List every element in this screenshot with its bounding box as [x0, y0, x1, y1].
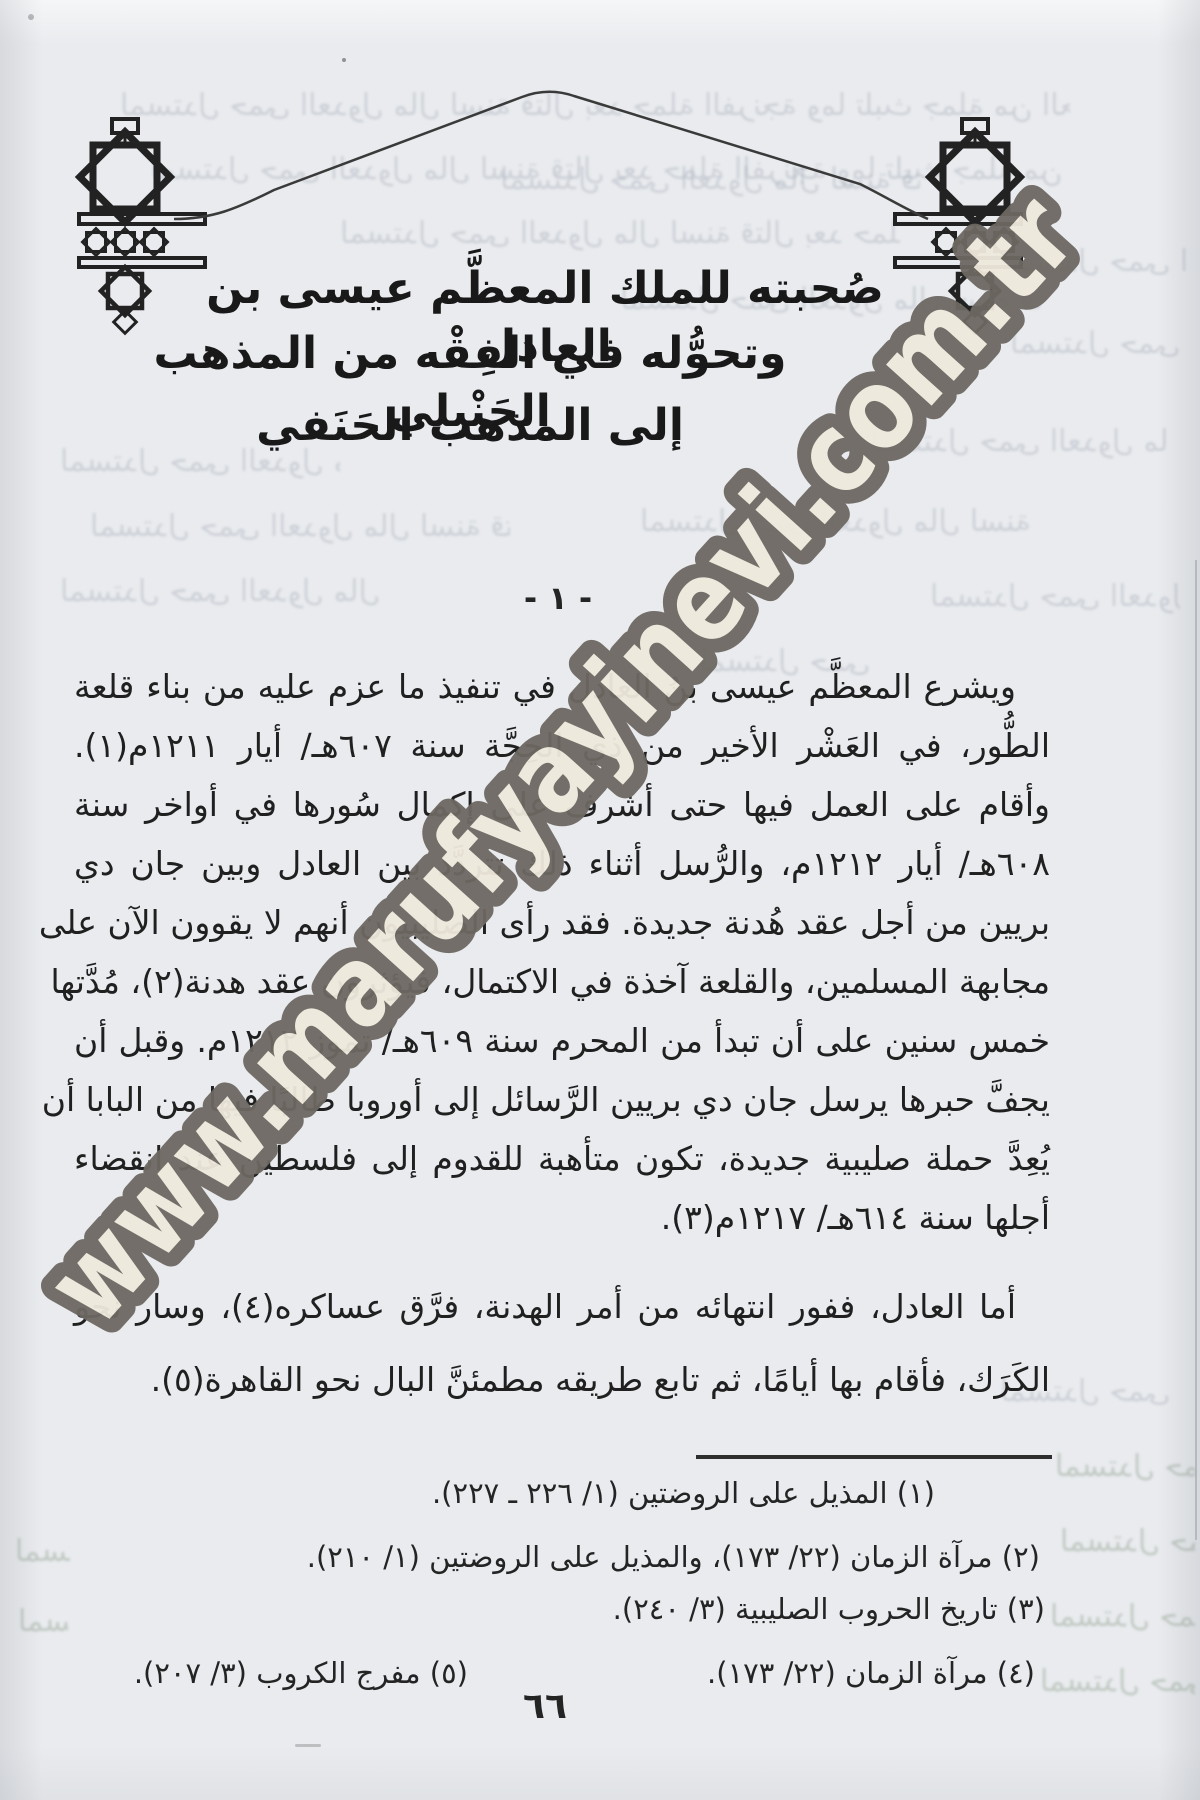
footnote-line: (٤) مرآة الزمان (٢٢/ ١٧٣).: [707, 1650, 1035, 1696]
section-number-marker: - ١ -: [458, 578, 658, 618]
body-line: ويشرع المعظَّم عيسى بنُ العادل في تنفيذ …: [74, 659, 1050, 715]
bleedthrough-text: لمستدل حمى العدول مال لسنة قتال بعد حملة…: [620, 278, 1040, 322]
bleedthrough-text: لمستدل حمى العدول مال لسنة قتال بعد حملة…: [120, 84, 1070, 128]
bleedthrough-text: لمستدل حمى العدول مال لسنة قتال بعد حملة…: [1000, 1370, 1180, 1414]
bleedthrough-text: لمستدل حمى العدول مال لسنة قتال بعد حملة…: [930, 575, 1180, 619]
scan-speck: [342, 58, 346, 62]
scan-speck: [28, 14, 34, 20]
bleedthrough-text: لمستدل حمى العدول مال لسنة قتال بعد حملة…: [1000, 240, 1190, 284]
footnote-line: (٢) مرآة الزمان (٢٢/ ١٧٣)، والمذيل على ا…: [307, 1534, 1040, 1580]
body-line: يجفَّ حبرها يرسل جان دي بريين الرَّسائل …: [74, 1072, 1050, 1128]
scanned-page: لمستدل حمى العدول مال لسنة قتال بعد حملة…: [0, 0, 1200, 1800]
content-layer: صُحبته للملك المعظَّم عيسى بن العادل وتح…: [0, 0, 1200, 1800]
footnote-line: (١) المذيل على الروضتين (١/ ٢٢٦ ـ ٢٢٧).: [432, 1470, 935, 1516]
bleedthrough-text: لمستدل حمى العدول مال لسنة قتال بعد حملة…: [340, 212, 900, 256]
bleedthrough-layer: لمستدل حمى العدول مال لسنة قتال بعد حملة…: [0, 0, 1200, 1800]
bleedthrough-text: لمستدل حمى العدول مال لسنة قتال بعد حملة…: [1055, 1445, 1195, 1489]
bleedthrough-text: لمستدل حمى العدول مال لسنة قتال بعد حملة…: [700, 640, 880, 684]
chapter-title-line-1: صُحبته للملك المعظَّم عيسى بن العادل: [145, 260, 945, 318]
footnote-line: (٥) مفرج الكروب (٣/ ٢٠٧).: [134, 1650, 468, 1696]
watermark: www.marufyayinevi.com.tr: [0, 0, 1200, 1800]
bleedthrough-text: لمستدل حمى العدول مال لسنة قتال بعد حملة…: [15, 1530, 70, 1574]
bleedthrough-text: لمستدل حمى العدول مال لسنة قتال بعد حملة…: [870, 420, 1170, 464]
page-number: ٦٦: [500, 1686, 590, 1727]
bleedthrough-text: لمستدل حمى العدول مال لسنة قتال بعد حملة…: [500, 158, 920, 202]
body-line: خمس سنين على أن تبدأ من المحرم سنة ٦٠٩هـ…: [74, 1013, 1050, 1069]
right-star-ornament: [895, 119, 1021, 333]
bleedthrough-text: لمستدل حمى العدول مال لسنة قتال بعد حملة…: [1060, 1520, 1195, 1564]
bleedthrough-text: لمستدل حمى العدول مال لسنة قتال بعد حملة…: [1050, 1595, 1195, 1639]
bleedthrough-text: لمستدل حمى العدول مال لسنة قتال بعد حملة…: [60, 440, 340, 484]
bleedthrough-text: لمستدل حمى العدول مال لسنة قتال بعد حملة…: [150, 148, 1070, 192]
header-ornament-icon: [0, 0, 1200, 700]
bleedthrough-text: لمستدل حمى العدول مال لسنة قتال بعد حملة…: [1010, 322, 1190, 366]
bleedthrough-text: لمستدل حمى العدول مال لسنة قتال بعد حملة…: [60, 570, 390, 614]
bleedthrough-text: لمستدل حمى العدول مال لسنة قتال بعد حملة…: [18, 1600, 68, 1644]
chapter-title-line-2: وتحوُّله في الفِقْه من المذهب الحَنْبلي: [70, 325, 870, 383]
body-line: مجابهة المسلمين، والقلعة آخذة في الاكتما…: [74, 954, 1050, 1010]
scan-vignette: [0, 0, 1200, 1800]
bleedthrough-text: لمستدل حمى العدول مال لسنة قتال بعد حملة…: [640, 500, 1040, 544]
arch-line: [174, 92, 928, 219]
body-line: أما العادل، ففور انتهائه من أمر الهدنة، …: [74, 1279, 1050, 1335]
footnote-separator: [696, 1455, 1052, 1459]
body-line: يُعِدَّ حملة صليبية جديدة، تكون متأهبة ل…: [74, 1131, 1050, 1187]
body-line: أجلها سنة ٦١٤هـ/ ١٢١٧م(٣).: [74, 1190, 1050, 1246]
footnote-line: (٣) تاريخ الحروب الصليبية (٣/ ٢٤٠).: [613, 1586, 1045, 1632]
body-line: بريين من أجل عقد هُدنة جديدة. فقد رأى ال…: [74, 895, 1050, 951]
watermark-text: www.marufyayinevi.com.tr: [22, 170, 1102, 1349]
chapter-title-line-3: إلى المذهب الحَنَفي: [70, 397, 870, 455]
body-line: الكَرَك، فأقام بها أيامًا، ثم تابع طريقه…: [74, 1352, 1050, 1408]
body-line: وأقام على العمل فيها حتى أشرف على إكمال …: [74, 777, 1050, 833]
body-line: ٦٠٨هـ/ أيار ١٢١٢م، والرُّسل أثناء ذلك تت…: [74, 836, 1050, 892]
body-line: الطُّور، في العَشْر الأخير من ذي الحِجَّ…: [74, 718, 1050, 774]
left-star-ornament: [79, 119, 205, 333]
scan-speck: [295, 1744, 321, 1747]
bleedthrough-text: لمستدل حمى العدول مال لسنة قتال بعد حملة…: [1040, 1660, 1195, 1704]
bleedthrough-text: لمستدل حمى العدول مال لسنة قتال بعد حملة…: [90, 505, 510, 549]
ornament-layer: [0, 0, 1200, 1800]
